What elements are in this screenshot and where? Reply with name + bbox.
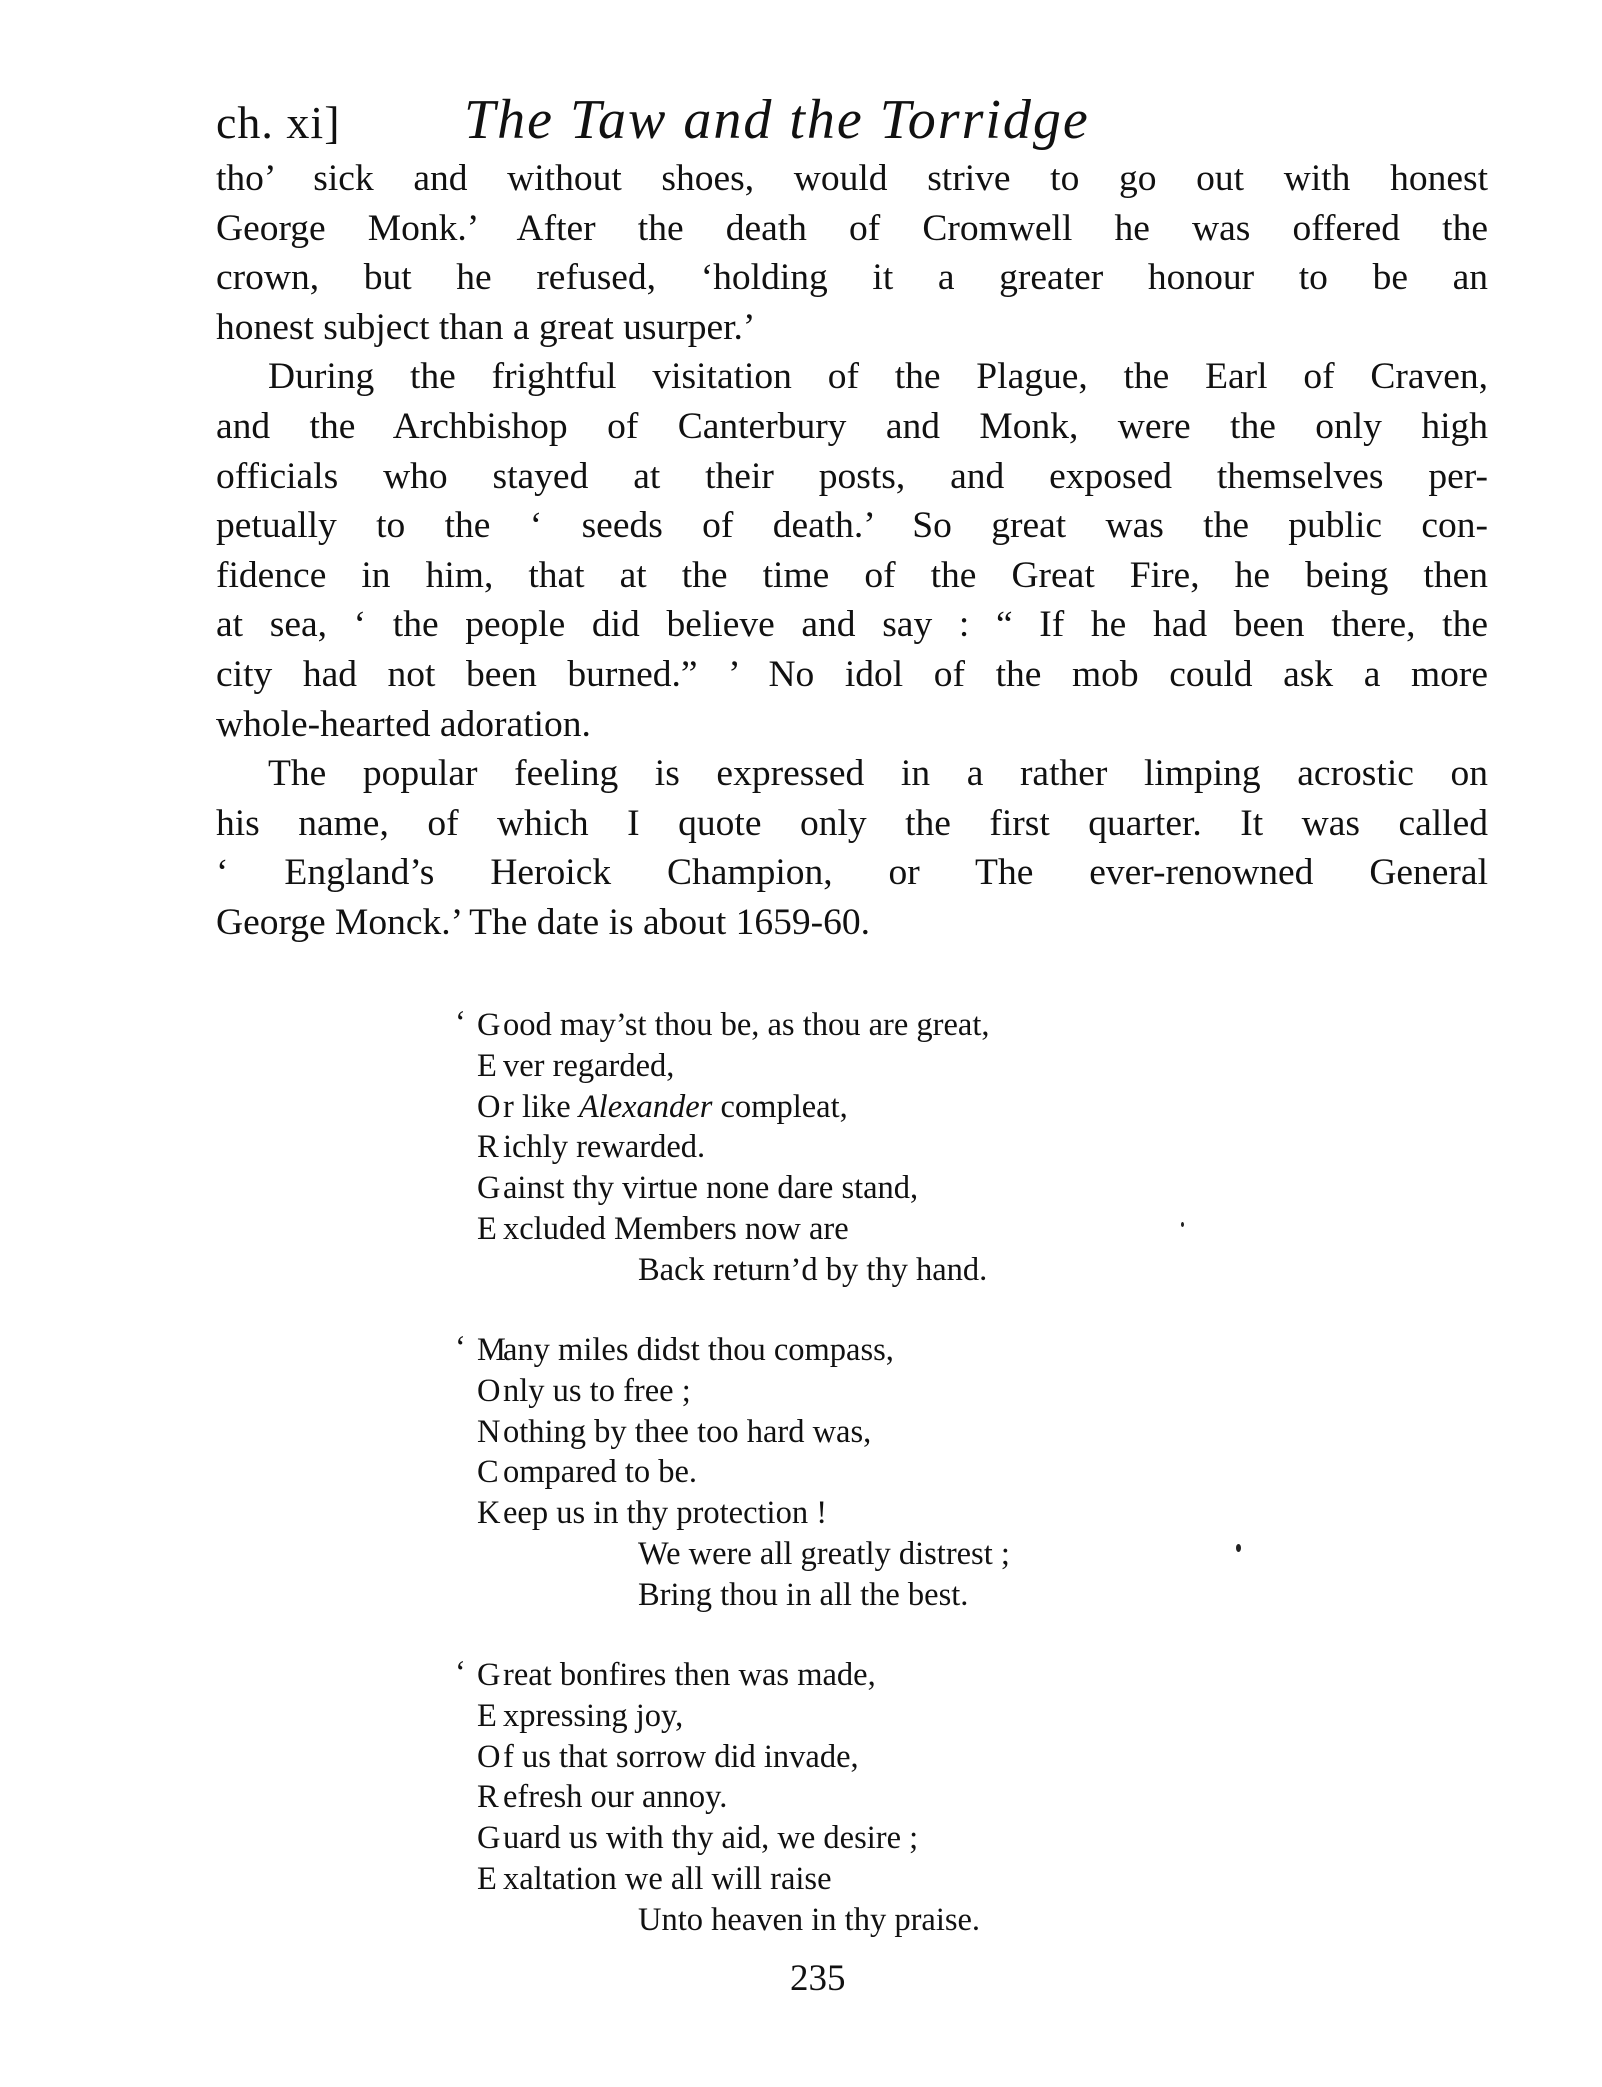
verse-line: Nothing by thee too hard was, (455, 1412, 1010, 1453)
verse-line: Gainst thy virtue none dare stand, (455, 1168, 989, 1209)
verse-line: Compared to be. (455, 1452, 1010, 1493)
verse-line: Richly rewarded. (455, 1127, 989, 1168)
verse-line: Many miles didst thou compass, (455, 1330, 1010, 1371)
verse-text: nly us to free ; (503, 1373, 691, 1409)
verse-text: f us that sorrow did invade, (503, 1739, 859, 1775)
acrostic-initial: E (477, 1859, 503, 1900)
verse-text: any miles didst thou compass, (503, 1332, 894, 1368)
acrostic-initial: E (477, 1046, 503, 1087)
running-title: The Taw and the Torridge (464, 88, 1090, 152)
verse-text: xpressing joy, (503, 1698, 683, 1734)
acrostic-initial: K (477, 1493, 503, 1534)
verse-line: Expressing joy, (455, 1696, 980, 1737)
verse-line: Exaltation we all will raise (455, 1859, 980, 1900)
acrostic-initial: G (477, 1168, 503, 1209)
verse-line: Keep us in thy protection ! (455, 1493, 1010, 1534)
verse-text: compleat, (712, 1089, 847, 1125)
verse-text: efresh our annoy. (503, 1779, 727, 1815)
verse-tail-line: Back return’d by thy hand. (455, 1250, 989, 1291)
acrostic-initial: N (477, 1412, 503, 1453)
verse-text: ver regarded, (503, 1048, 674, 1084)
text-line: fidence in him, that at the time of the … (216, 551, 1488, 601)
verse-tail-line: Bring thou in all the best. (455, 1575, 1010, 1616)
verse-text: xaltation we all will raise (503, 1861, 832, 1897)
acrostic-initial: E (477, 1696, 503, 1737)
acrostic-initial: C (477, 1452, 503, 1493)
verse-text: ompared to be. (503, 1454, 697, 1490)
verse-text: ichly rewarded. (503, 1129, 705, 1165)
paragraph-1: tho’ sick and without shoes, would striv… (216, 154, 1488, 352)
text-line: George Monk.’ After the death of Cromwel… (216, 204, 1488, 254)
text-line: tho’ sick and without shoes, would striv… (216, 154, 1488, 204)
verse-line: Great bonfires then was made, (455, 1655, 980, 1696)
text-line: George Monck.’ The date is about 1659-60… (216, 898, 1488, 948)
verse-line: Good may’st thou be, as thou are great, (455, 1005, 989, 1046)
text-line: his name, of which I quote only the firs… (216, 799, 1488, 849)
acrostic-initial: O (477, 1737, 503, 1778)
verse-line: Ever regarded, (455, 1046, 989, 1087)
scan-speck (1236, 1544, 1241, 1552)
text-line: The popular feeling is expressed in a ra… (216, 749, 1488, 799)
verse-text: reat bonfires then was made, (503, 1657, 876, 1693)
text-line: officials who stayed at their posts, and… (216, 452, 1488, 502)
verse-text: uard us with thy aid, we desire ; (503, 1820, 918, 1856)
body-text: tho’ sick and without shoes, would striv… (216, 154, 1488, 948)
verse-line: Of us that sorrow did invade, (455, 1737, 980, 1778)
acrostic-initial: E (477, 1209, 503, 1250)
acrostic-initial: R (477, 1777, 503, 1818)
text-line: city had not been burned.” ’ No idol of … (216, 650, 1488, 700)
verse-text: eep us in thy protection ! (503, 1495, 827, 1531)
page-number: 235 (790, 1957, 846, 2000)
text-line: whole-hearted adoration. (216, 700, 1488, 750)
text-line: During the frightful visitation of the P… (216, 352, 1488, 402)
acrostic-initial: G (477, 1818, 503, 1859)
verse-text: xcluded Members now are (503, 1211, 849, 1247)
book-page: ch. xi] The Taw and the Torridge tho’ si… (0, 0, 1602, 2087)
italic-name: Alexander (579, 1089, 713, 1125)
verse-text: ainst thy virtue none dare stand, (503, 1170, 918, 1206)
verse-tail-line: We were all greatly distrest ; (455, 1534, 1010, 1575)
scan-speck (1181, 1222, 1184, 1227)
verse-line: Or like Alexander compleat, (455, 1087, 989, 1128)
poem-stanza-2: Many miles didst thou compass, Only us t… (455, 1330, 1010, 1616)
text-line: ‘ England’s Heroick Champion, or The eve… (216, 848, 1488, 898)
verse-text: ood may’st thou be, as thou are great, (503, 1007, 989, 1043)
paragraph-2: During the frightful visitation of the P… (216, 352, 1488, 749)
poem-stanza-3: Great bonfires then was made, Expressing… (455, 1655, 980, 1941)
verse-tail-line: Unto heaven in thy praise. (455, 1900, 980, 1941)
running-head: ch. xi] The Taw and the Torridge (216, 88, 1316, 158)
text-line: honest subject than a great usurper.’ (216, 303, 1488, 353)
verse-line: Excluded Members now are (455, 1209, 989, 1250)
acrostic-initial: M (477, 1330, 503, 1371)
text-line: at sea, ‘ the people did believe and say… (216, 600, 1488, 650)
verse-line: Guard us with thy aid, we desire ; (455, 1818, 980, 1859)
poem-stanza-1: Good may’st thou be, as thou are great, … (455, 1005, 989, 1291)
acrostic-initial: G (477, 1655, 503, 1696)
text-line: petually to the ‘ seeds of death.’ So gr… (216, 501, 1488, 551)
paragraph-3: The popular feeling is expressed in a ra… (216, 749, 1488, 947)
verse-text: r like (503, 1089, 579, 1125)
text-line: crown, but he refused, ‘holding it a gre… (216, 253, 1488, 303)
verse-line: Refresh our annoy. (455, 1777, 980, 1818)
acrostic-initial: O (477, 1371, 503, 1412)
acrostic-initial: O (477, 1087, 503, 1128)
verse-text: othing by thee too hard was, (503, 1414, 871, 1450)
chapter-marker: ch. xi] (216, 96, 341, 149)
acrostic-initial: R (477, 1127, 503, 1168)
acrostic-initial: G (477, 1005, 503, 1046)
verse-line: Only us to free ; (455, 1371, 1010, 1412)
text-line: and the Archbishop of Canterbury and Mon… (216, 402, 1488, 452)
